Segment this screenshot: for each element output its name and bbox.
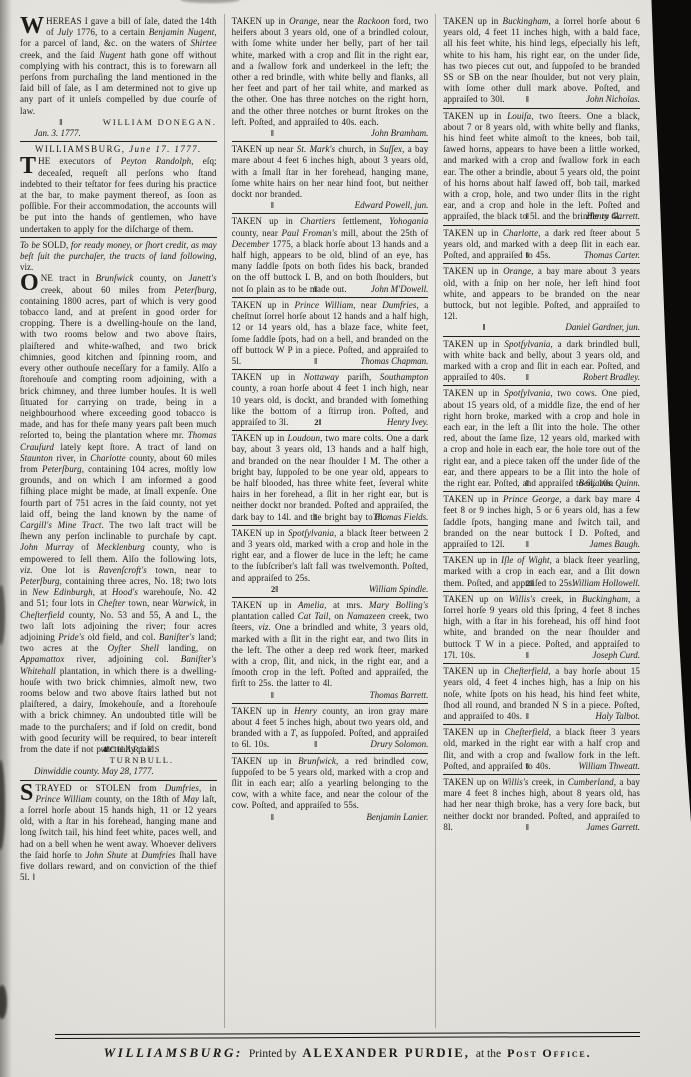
signature: Benjamin Quinn.: [579, 478, 641, 489]
imprint-office: Post Office.: [507, 1046, 591, 1060]
ad-body: TAKEN up in Spotſylvania, a black ſteer …: [232, 528, 429, 584]
ad-separator: [232, 597, 429, 598]
section-mark: 2‖: [271, 584, 278, 595]
ad-body: TAKEN up in Orange, a bay mare about 3 y…: [443, 266, 640, 322]
signature: Thomas Barrett.: [370, 690, 429, 701]
advertisement: To be SOLD, for ready money, or ſhort cr…: [20, 240, 217, 778]
signature-row: ‖ Daniel Gardner, jun.: [443, 322, 640, 333]
signature: William Spindle.: [369, 584, 429, 595]
ad-separator: [232, 430, 429, 431]
ad-body-text: TAKEN up in Loudoun, two mare colts. One…: [232, 433, 429, 521]
signature: Joseph Curd.: [592, 650, 640, 661]
drop-cap: S: [20, 783, 35, 803]
advertisement: TAKEN up in Spotſylvania, a black ſteer …: [232, 528, 429, 595]
ad-body-text: TAKEN up in Louiſa, two ſteers. One a bl…: [443, 111, 640, 222]
ad-separator: [443, 225, 640, 226]
ad-body: ONE tract in Brunſwick county, on Janett…: [20, 273, 217, 755]
ad-separator: [232, 369, 429, 370]
ad-body: TAKEN up in Spotſylvania, two cows. One …: [443, 388, 640, 489]
section-mark: 2‖: [526, 578, 533, 589]
ad-separator: [443, 552, 640, 553]
advertisement: TAKEN up in Louiſa, two ſteers. One a bl…: [443, 111, 640, 223]
section-mark: ‖: [271, 690, 274, 701]
imprint-at-the: at the: [474, 1048, 503, 1060]
ad-body-text: TAKEN up in Orange, a bay mare about 3 y…: [443, 266, 640, 321]
ad-separator: [232, 213, 429, 214]
ad-body-text: HE executors of Peyton Randolph, eſq; de…: [20, 156, 217, 233]
imprint-printed-by: Printed by: [247, 1048, 299, 1060]
signature: Henry Garrett.: [586, 211, 640, 222]
section-mark: ‖: [526, 372, 529, 383]
signature-row: ‖ Edward Powell, jun.: [232, 200, 429, 211]
ad-body: TAKEN up near St. Mark's church, in Suſſ…: [232, 144, 429, 200]
ad-body: TAKEN up in Orange, near the Rackoon for…: [232, 16, 429, 128]
advertisement: STRAYED or STOLEN from Dumfries, in Prin…: [20, 783, 217, 884]
ad-postline: Jan. 3. 1777.: [34, 128, 217, 139]
ad-separator: [443, 491, 640, 492]
signature: William Hollowell.: [572, 578, 640, 589]
ad-body: WHEREAS I gave a bill of ſale, dated the…: [20, 16, 217, 117]
advertisement: TAKEN up on Willis's creek, in Cumberlan…: [443, 777, 640, 833]
ad-separator: [232, 753, 429, 754]
imprint-printer-name: ALEXANDER PURDIE,: [303, 1046, 470, 1060]
advertisement: TAKEN up in Chartiers ſettlement, Yohoga…: [232, 216, 429, 294]
section-mark: ‖: [526, 211, 529, 222]
ad-body-text: TRAYED or STOLEN from Dumfries, in Princ…: [20, 783, 217, 883]
section-mark: ‖: [526, 539, 529, 550]
signature: John M'Dowell.: [371, 284, 428, 295]
ad-separator: [443, 385, 640, 386]
section-mark: ‖: [526, 822, 529, 833]
signature: Henry Ivey.: [387, 417, 428, 428]
section-mark: ‖: [314, 739, 317, 750]
signature-row: 2‖ William Spindle.: [232, 584, 429, 595]
signature: Edward Powell, jun.: [355, 200, 429, 211]
signature: Thomas Chapman.: [360, 356, 428, 367]
column-middle: TAKEN up in Orange, near the Rackoon for…: [224, 14, 436, 1028]
signature-row: ‖ WILLIAM DONEGAN.: [20, 117, 217, 128]
ad-body: TAKEN up in Brunſwick, a red brindled co…: [232, 756, 429, 812]
ad-separator: [232, 525, 429, 526]
drop-cap: T: [20, 156, 38, 176]
advertisement: TAKEN up in Cheſterfield, a black ſteer …: [443, 727, 640, 772]
ad-body-text: HEREAS I gave a bill of ſale, dated the …: [20, 16, 217, 116]
section-mark: 4‖: [103, 744, 110, 755]
section-mark: ‖: [314, 284, 317, 295]
signature-row: ‖ Benjamin Lanier.: [232, 812, 429, 823]
advertisement: TAKEN up in Orange, near the Rackoon for…: [232, 16, 429, 139]
advertisement: WILLIAMSBURG, June 17. 1777. THE executo…: [20, 144, 217, 235]
advertisement: TAKEN up in Orange, a bay mare about 3 y…: [443, 266, 640, 333]
ad-body-text: TAKEN up in Spotſylvania, a black ſteer …: [232, 528, 429, 583]
scan-smudge: [180, 0, 240, 3]
signature: Benjamin Lanier.: [366, 812, 428, 823]
advertisement: TAKEN up in Spotſylvania, a dark brindle…: [443, 339, 640, 384]
ad-body: TAKEN up in Louiſa, two ſteers. One a bl…: [443, 111, 640, 223]
advertisement: TAKEN up in Charlotte, a dark red ſteer …: [443, 228, 640, 262]
signature-row: ‖ James Garrett.: [443, 822, 640, 833]
ad-body: THE executors of Peyton Randolph, eſq; d…: [20, 156, 217, 234]
section-mark: ‖: [526, 94, 529, 105]
ad-separator: [232, 297, 429, 298]
drop-cap: W: [20, 16, 46, 36]
signature: Thomas Fields.: [373, 512, 429, 523]
signature: James Garrett.: [586, 822, 640, 833]
ad-dateline: WILLIAMSBURG, June 17. 1777.: [20, 144, 217, 155]
ad-body-text: TAKEN up in Amelia, at mrs. Mary Bolling…: [232, 600, 429, 688]
advertisement: TAKEN up in Amelia, at mrs. Mary Bolling…: [232, 600, 429, 701]
signature: Thomas Carter.: [584, 250, 640, 261]
signature: Haly Talbot.: [595, 711, 640, 722]
ad-separator: [443, 663, 640, 664]
ad-body-text: TAKEN up in Chartiers ſettlement, Yohoga…: [232, 216, 429, 293]
advertisement: TAKEN up in Prince William, near Dumfrie…: [232, 300, 429, 367]
section-mark: ‖: [314, 356, 317, 367]
advertisement: TAKEN up in Spotſylvania, two cows. One …: [443, 388, 640, 489]
advertisement: TAKEN up in Buckingham, a ſorrel horſe a…: [443, 16, 640, 106]
section-mark: ‖: [526, 711, 529, 722]
advertisement: TAKEN up in Prince George, a dark bay ma…: [443, 494, 640, 550]
signature-row: ‖ Thomas Chapman.: [232, 356, 429, 367]
newspaper-page: WHEREAS I gave a bill of ſale, dated the…: [0, 0, 691, 1077]
ad-intro: To be SOLD, for ready money, or ſhort cr…: [20, 240, 217, 274]
signature: CHARLES TURNBULL.: [110, 744, 217, 766]
signature-row: ‖ John Bramham.: [232, 128, 429, 139]
ad-body-text: TAKEN up near St. Mark's church, in Suſſ…: [232, 144, 429, 199]
section-mark: 2‖: [314, 417, 321, 428]
section-mark: ‖: [526, 650, 529, 661]
advertisement: TAKEN up in Brunſwick, a red brindled co…: [232, 756, 429, 823]
advertisement: TAKEN up in Cheſterfield, a bay horſe ab…: [443, 666, 640, 722]
advertisement: TAKEN up near St. Mark's church, in Suſſ…: [232, 144, 429, 211]
signature: Daniel Gardner, jun.: [565, 322, 640, 333]
advertisement: TAKEN up in Loudoun, two mare colts. One…: [232, 433, 429, 523]
section-mark: ‖: [526, 250, 529, 261]
ad-separator: [443, 724, 640, 725]
section-mark: ‖: [526, 478, 529, 489]
imprint-city: WILLIAMSBURG:: [104, 1045, 243, 1060]
signature: John Bramham.: [371, 128, 429, 139]
drop-cap: O: [20, 273, 41, 293]
signature: James Baugh.: [590, 539, 641, 550]
signature-row: ‖ Thomas Barrett.: [232, 690, 429, 701]
columns-container: WHEREAS I gave a bill of ſale, dated the…: [13, 14, 647, 1028]
section-mark: ‖: [271, 128, 274, 139]
signature: Robert Bradley.: [583, 372, 640, 383]
ad-body-text: TAKEN up in Buckingham, a ſorrel horſe a…: [443, 16, 640, 104]
section-mark: ‖: [59, 117, 62, 128]
ad-separator: [20, 237, 217, 238]
section-mark: ‖: [314, 512, 317, 523]
footer-rule: [55, 1032, 640, 1039]
section-mark: ‖: [271, 812, 274, 823]
signature: John Nicholas.: [586, 94, 640, 105]
ad-postline: Dinwiddie county. May 28, 1777.: [34, 766, 217, 777]
section-mark: ‖: [526, 761, 529, 772]
advertisement: TAKEN up in Henry county, an iron gray m…: [232, 706, 429, 751]
ad-separator: [443, 774, 640, 775]
ad-body: TAKEN up in Buckingham, a ſorrel horſe a…: [443, 16, 640, 106]
signature: WILLIAM DONEGAN.: [103, 117, 217, 128]
ad-separator: [232, 703, 429, 704]
scan-edge-shadow-left: [0, 0, 12, 1077]
advertisement: TAKEN up on Willis's creek, in Buckingha…: [443, 594, 640, 661]
ad-body-text: TAKEN up in Spotſylvania, two cows. One …: [443, 388, 640, 488]
ad-body: TAKEN up in Loudoun, two mare colts. One…: [232, 433, 429, 523]
ad-body-text: TAKEN up in Brunſwick, a red brindled co…: [232, 756, 429, 811]
ad-separator: [20, 780, 217, 781]
column-left: WHEREAS I gave a bill of ſale, dated the…: [13, 14, 224, 1028]
ad-body: STRAYED or STOLEN from Dumfries, in Prin…: [20, 783, 217, 884]
imprint-footer: WILLIAMSBURG: Printed by ALEXANDER PURDI…: [55, 1033, 640, 1062]
ad-body: TAKEN up in Amelia, at mrs. Mary Bolling…: [232, 600, 429, 690]
signature: William Thweatt.: [579, 761, 641, 772]
advertisement: TAKEN up in Nottaway pariſh, Southampton…: [232, 372, 429, 428]
ad-body-text: NE tract in Brunſwick county, on Janett'…: [20, 273, 217, 754]
scan-edge-shadow-right: [645, 0, 691, 945]
ad-separator: [443, 591, 640, 592]
ad-separator: [232, 141, 429, 142]
column-right: TAKEN up in Buckingham, a ſorrel horſe a…: [435, 14, 647, 1028]
ad-separator: [443, 336, 640, 337]
section-mark: ‖: [483, 322, 486, 333]
ad-separator: [443, 263, 640, 264]
ad-body-text: TAKEN up in Orange, near the Rackoon for…: [232, 16, 429, 127]
ad-separator: [443, 108, 640, 109]
advertisement: WHEREAS I gave a bill of ſale, dated the…: [20, 16, 217, 139]
signature: Drury Solomon.: [370, 739, 428, 750]
ad-separator: [20, 141, 217, 142]
section-mark: ‖: [271, 200, 274, 211]
advertisement: TAKEN up in Iſle of Wight, a black ſteer…: [443, 555, 640, 589]
imprint-line: WILLIAMSBURG: Printed by ALEXANDER PURDI…: [55, 1044, 640, 1062]
